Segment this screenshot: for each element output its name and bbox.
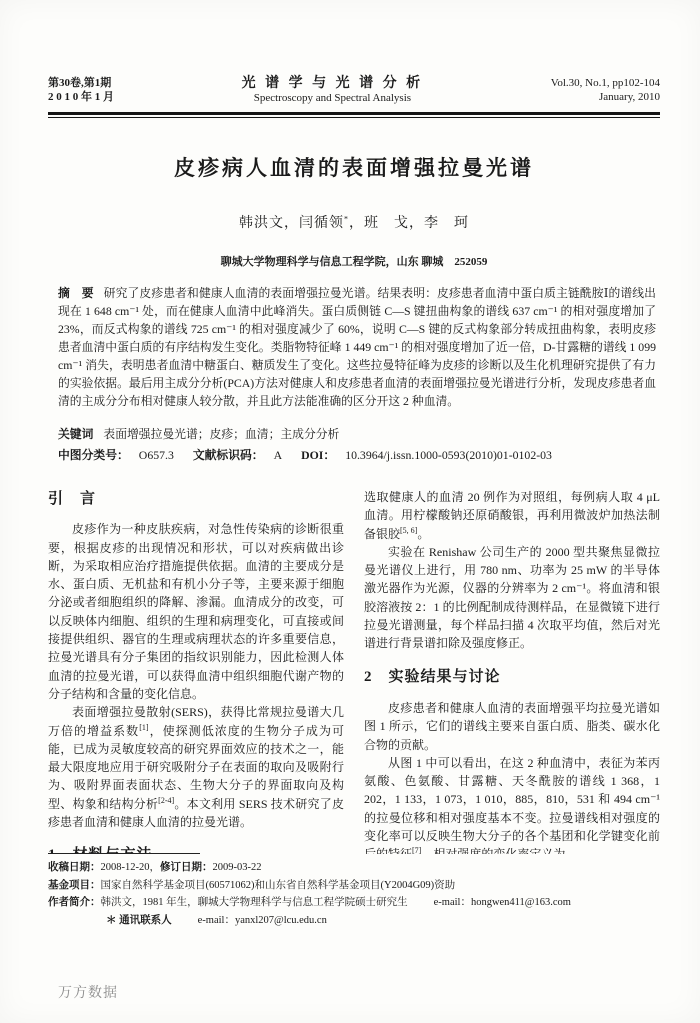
abstract-label: 摘 要 (58, 286, 94, 300)
biography-label: 作者简介： (48, 897, 101, 908)
revised-date-value: 2009-03-22 (213, 862, 262, 873)
citation-ref-1: [1] (139, 723, 148, 732)
journal-name-en: Spectroscopy and Spectral Analysis (114, 91, 551, 105)
corresponding-email: e-mail：yanxl207@lcu.edu.cn (198, 915, 327, 926)
footnote-dates-line: 收稿日期：2008-12-20，修订日期：2009-03-22 (48, 859, 660, 877)
footnote-biography-line: 作者简介：韩洪文，1981 年生，聊城大学物理科学与信息工程学院硕士研究生e-m… (48, 894, 660, 912)
methods-seg: 。 (417, 527, 429, 541)
doc-code-label: 文献标识码： (193, 448, 264, 462)
affiliation-line: 聊城大学物理科学与信息工程学院，山东 聊城 252059 (48, 253, 660, 269)
citation-ref-2-4: [2-4] (158, 796, 174, 805)
article-title: 皮疹病人血清的表面增强拉曼光谱 (48, 152, 660, 182)
funding-value: 国家自然科学基金项目(60571062)和山东省自然科学基金项目(Y2004G0… (101, 880, 456, 891)
intro-heading: 引 言 (48, 490, 344, 508)
instrument-paragraph: 实验在 Renishaw 公司生产的 2000 型共聚焦显微拉曼光谱仪上进行，用… (364, 543, 660, 653)
right-column: 选取健康人的血清 20 例作为对照组，每例病人取 4 μL 血清。用柠檬酸钠还原… (364, 488, 660, 854)
biography-value: 韩洪文，1981 年生，聊城大学物理科学与信息工程学院硕士研究生 (101, 897, 408, 908)
issue-date-en: January, 2010 (551, 90, 660, 104)
scanned-paper-page: 第30卷,第1期 2 0 1 0 年 1 月 光 谱 学 与 光 谱 分 析 S… (0, 0, 700, 1023)
results-seg: 从图 1 中可以看出，在这 2 种血清中，表征为苯丙氨酸、色氨酸、甘露糖、天冬酰… (364, 756, 660, 854)
author-email: e-mail：hongwen411@163.com (434, 897, 571, 908)
abstract-paragraph: 摘 要研究了皮疹患者和健康人血清的表面增强拉曼光谱。结果表明：皮疹患者血清中蛋白… (58, 284, 656, 410)
keywords-label: 关键词 (58, 427, 93, 441)
footnote-funding-line: 基金项目：国家自然科学基金项目(60571062)和山东省自然科学基金项目(Y2… (48, 877, 660, 895)
journal-header: 第30卷,第1期 2 0 1 0 年 1 月 光 谱 学 与 光 谱 分 析 S… (48, 76, 660, 105)
clc-item: 中图分类号：O657.3 (58, 448, 174, 462)
methods-continued-paragraph: 选取健康人的血清 20 例作为对照组，每例病人取 4 μL 血清。用柠檬酸钠还原… (364, 488, 660, 543)
revised-date-label: 修订日期： (160, 862, 213, 873)
wanfang-watermark: 万方数据 (58, 982, 118, 1002)
doc-code-value: A (274, 448, 283, 462)
footnote-corresponding-line: ＊ 通讯联系人e-mail：yanxl207@lcu.edu.cn (48, 912, 660, 930)
left-column: 引 言 皮疹作为一种皮肤疾病，对急性传染病的诊断很重要，根据皮疹的出现情况和形状… (48, 488, 344, 854)
funding-label: 基金项目： (48, 880, 101, 891)
volume-issue: 第30卷,第1期 (48, 76, 114, 90)
intro-paragraph-2: 表面增强拉曼散射(SERS)，获得比常规拉曼谱大几万倍的增益系数[1]，使探测低… (48, 703, 344, 831)
corresponding-author-label: ＊ 通讯联系人 (106, 915, 172, 926)
journal-name: 光 谱 学 与 光 谱 分 析 Spectroscopy and Spectra… (114, 76, 551, 105)
citation-ref-5-6: [5, 6] (400, 526, 417, 535)
keywords-block: 关键词表面增强拉曼光谱；皮疹；血清；主成分分析 中图分类号：O657.3 文献标… (48, 424, 660, 466)
doi-value: 10.3964/j.issn.1000-0593(2010)01-0102-03 (345, 448, 552, 462)
author-line: 韩洪文，闫循领*，班 戈，李 珂 (48, 212, 660, 232)
abstract-text: 研究了皮疹患者和健康人血清的表面增强拉曼光谱。结果表明：皮疹患者血清中蛋白质主链… (58, 286, 656, 408)
results-paragraph-1: 皮疹患者和健康人血清的表面增强平均拉曼光谱如图 1 所示，它们的谱线主要来自蛋白… (364, 699, 660, 754)
authors-part1: 韩洪文，闫循领 (239, 216, 344, 231)
header-double-rule (48, 112, 660, 118)
issue-date-zh: 2 0 1 0 年 1 月 (48, 90, 114, 104)
received-date-label: 收稿日期： (48, 862, 101, 873)
volume-page-info: Vol.30, No.1, pp102-104 January, 2010 (551, 76, 660, 104)
doi-label: DOI： (301, 448, 335, 462)
received-date-value: 2008-12-20， (101, 862, 161, 873)
intro-paragraph-1: 皮疹作为一种皮肤疾病，对急性传染病的诊断很重要，根据皮疹的出现情况和形状，可以对… (48, 520, 344, 703)
doc-code-item: 文献标识码：A (193, 448, 282, 462)
vol-no-pages: Vol.30, No.1, pp102-104 (551, 76, 660, 90)
journal-name-zh: 光 谱 学 与 光 谱 分 析 (114, 76, 551, 91)
two-column-body: 引 言 皮疹作为一种皮肤疾病，对急性传染病的诊断很重要，根据皮疹的出现情况和形状… (48, 488, 660, 854)
results-paragraph-2: 从图 1 中可以看出，在这 2 种血清中，表征为苯丙氨酸、色氨酸、甘露糖、天冬酰… (364, 754, 660, 854)
keywords-text: 表面增强拉曼光谱；皮疹；血清；主成分分析 (103, 427, 339, 441)
page-content: 第30卷,第1期 2 0 1 0 年 1 月 光 谱 学 与 光 谱 分 析 S… (0, 0, 700, 854)
footnote-block: 收稿日期：2008-12-20，修订日期：2009-03-22 基金项目：国家自… (48, 853, 660, 929)
doi-item: DOI：10.3964/j.issn.1000-0593(2010)01-010… (301, 448, 552, 462)
clc-value: O657.3 (139, 448, 174, 462)
keywords-line: 关键词表面增强拉曼光谱；皮疹；血清；主成分分析 (58, 424, 656, 445)
authors-part2: ，班 戈，李 珂 (349, 216, 469, 231)
footnote-rule (48, 853, 200, 854)
issue-info: 第30卷,第1期 2 0 1 0 年 1 月 (48, 76, 114, 104)
clc-label: 中图分类号： (58, 448, 129, 462)
section-2-heading: 2 实验结果与讨论 (364, 668, 660, 686)
classification-line: 中图分类号：O657.3 文献标识码：A DOI：10.3964/j.issn.… (58, 445, 656, 466)
